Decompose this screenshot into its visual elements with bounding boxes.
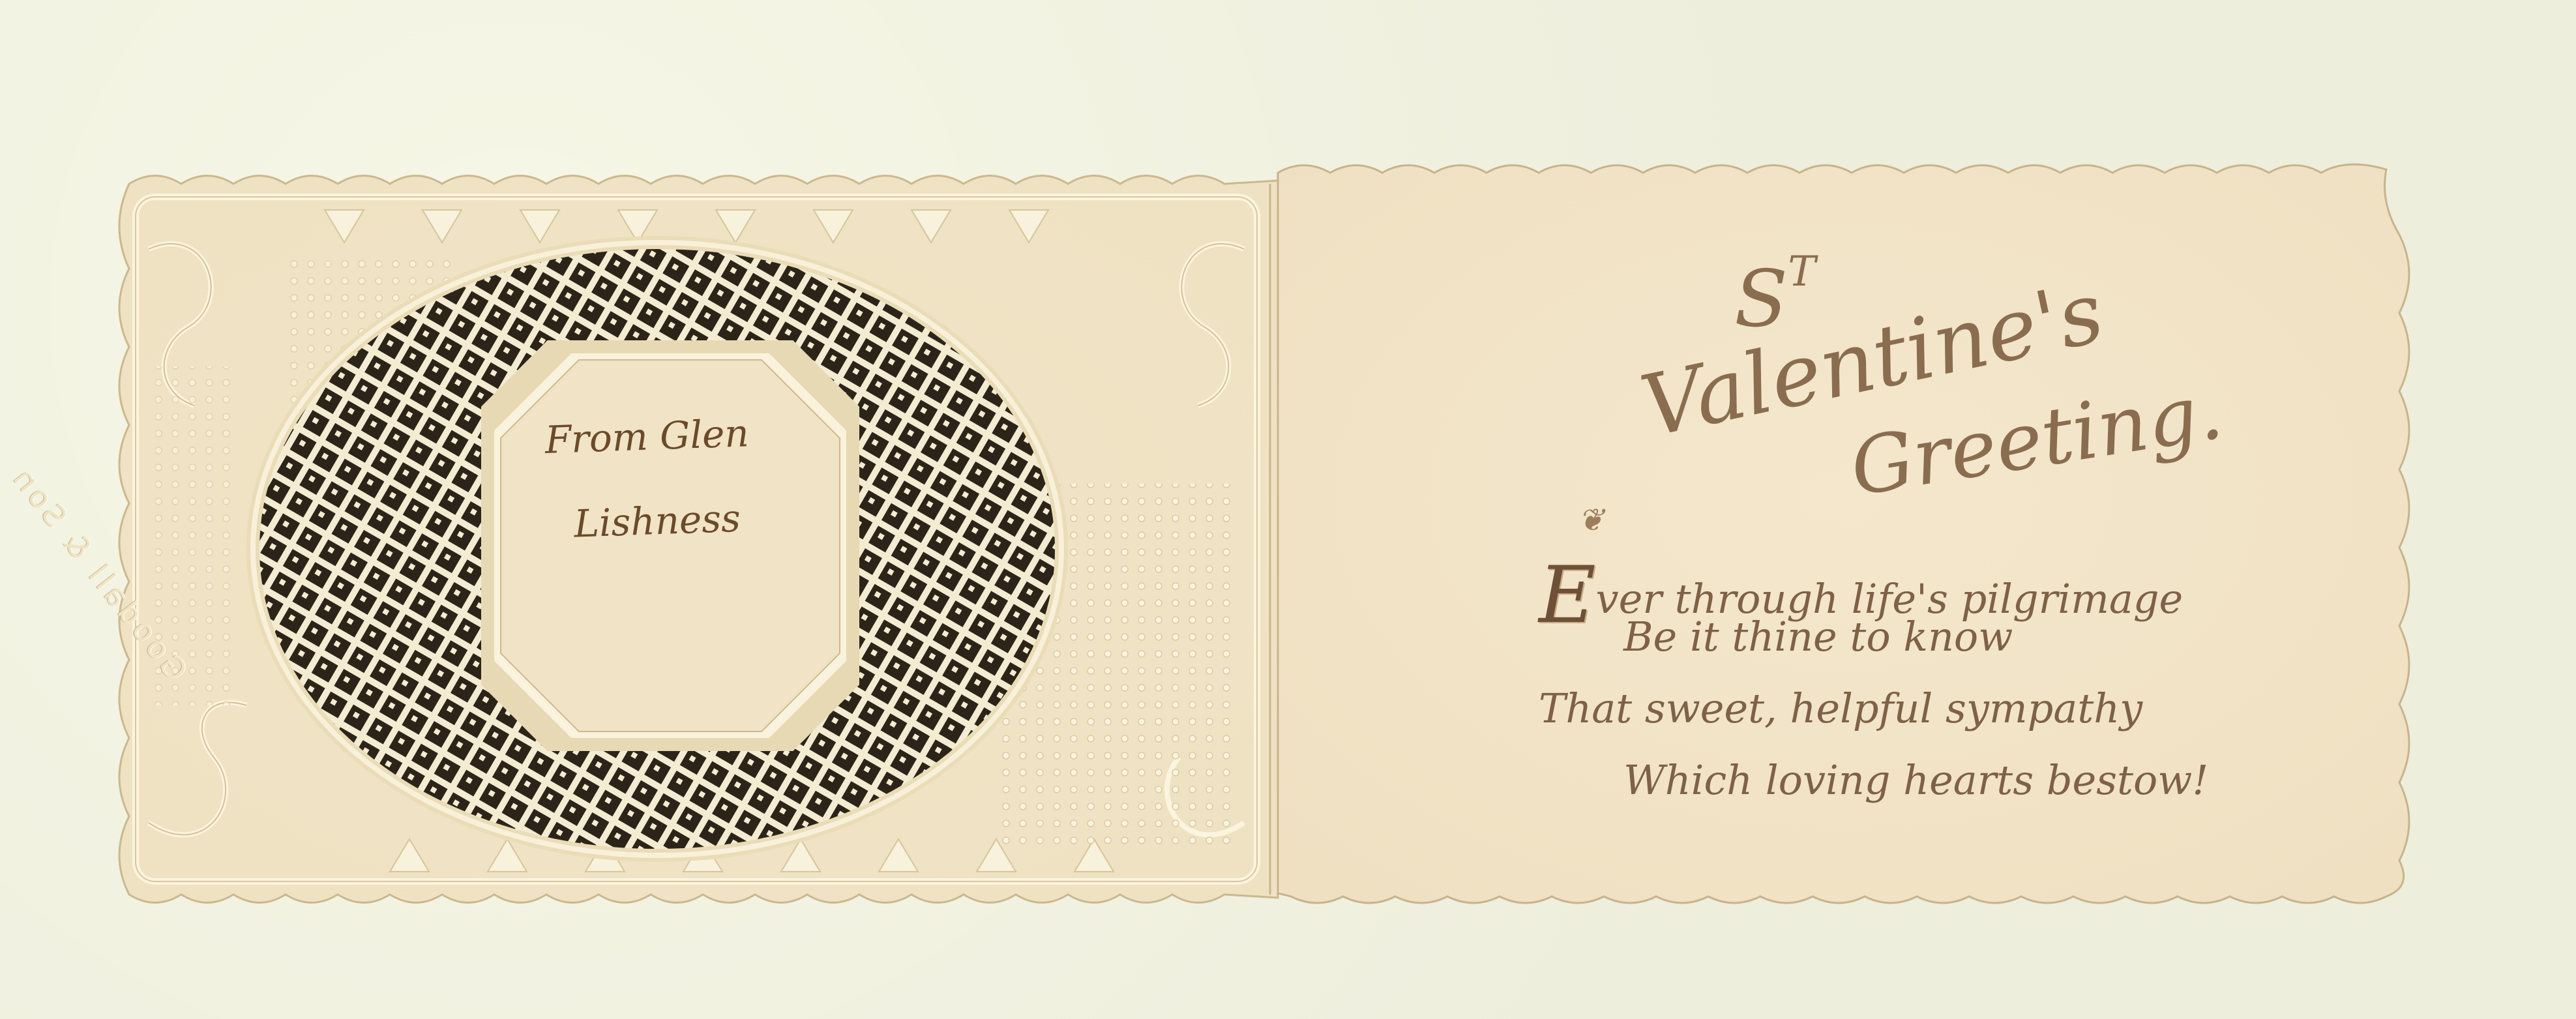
handwritten-note: From Glen Lishness xyxy=(544,387,850,567)
verse-line-3: That sweet, helpful sympathy xyxy=(1539,685,2142,732)
lace-front-panel: From Glen Lishness Goodall & Son xyxy=(116,171,1278,908)
verse-line-2: Be it thine to know xyxy=(1623,613,2013,660)
note-line-2: Lishness xyxy=(546,472,849,567)
title-st-superscript: T xyxy=(1788,248,1816,296)
note-line-1: From Glen xyxy=(544,411,750,462)
verse-line-4: Which loving hearts bestow! xyxy=(1623,756,2208,804)
verse-dropcap: E xyxy=(1539,550,1596,641)
greeting-inner-panel: ST Valentine's Greeting. ❦ Ever through … xyxy=(1278,163,2451,906)
flourish-ornament-icon: ❦ xyxy=(1578,502,1604,539)
